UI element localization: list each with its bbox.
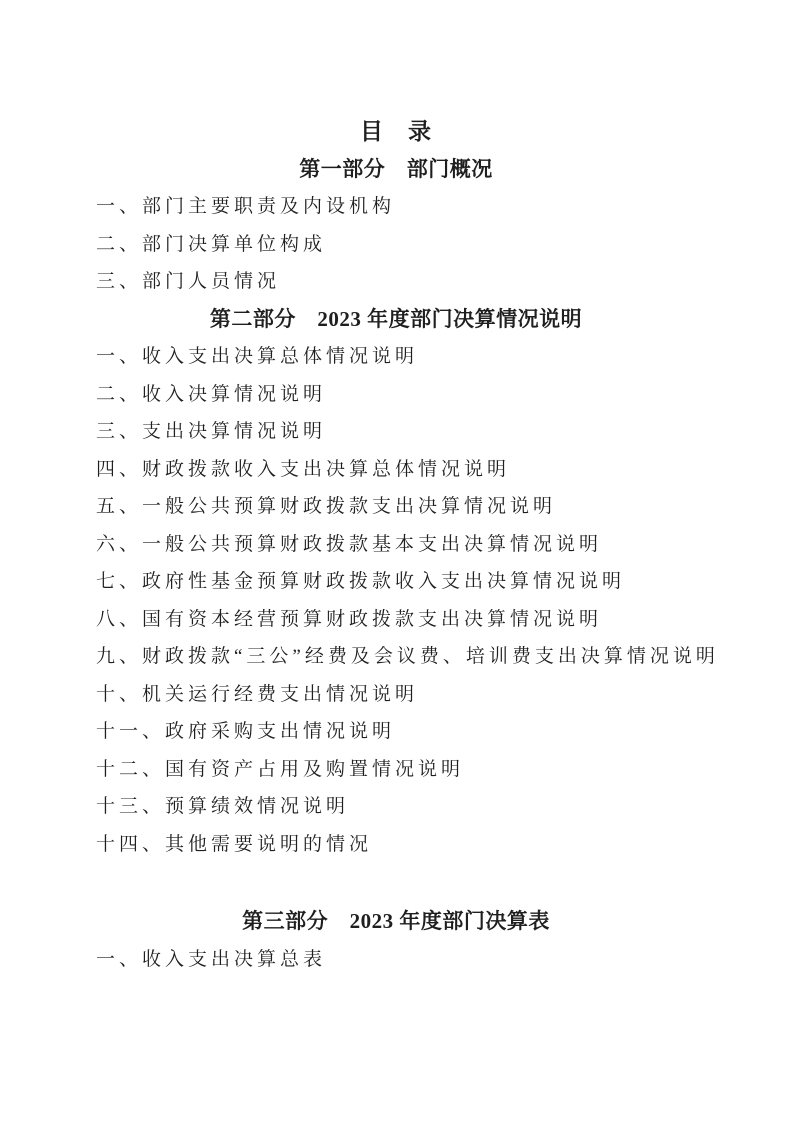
section-heading-3: 第三部分 2023 年度部门决算表 (96, 903, 696, 941)
toc-item: 三、部门人员情况 (96, 263, 696, 301)
toc-item: 八、国有资本经营预算财政拨款支出决算情况说明 (96, 601, 696, 639)
toc-item: 二、部门决算单位构成 (96, 226, 696, 264)
toc-item: 十一、政府采购支出情况说明 (96, 713, 696, 751)
toc-title: 目 录 (96, 113, 696, 151)
toc: 第一部分 部门概况一、部门主要职责及内设机构二、部门决算单位构成三、部门人员情况… (96, 151, 696, 979)
toc-item: 一、部门主要职责及内设机构 (96, 188, 696, 226)
section-heading-2: 第二部分 2023 年度部门决算情况说明 (96, 301, 696, 339)
toc-item: 四、财政拨款收入支出决算总体情况说明 (96, 451, 696, 489)
toc-item: 七、政府性基金预算财政拨款收入支出决算情况说明 (96, 563, 696, 601)
toc-item: 九、财政拨款“三公”经费及会议费、培训费支出决算情况说明 (96, 638, 696, 676)
toc-item: 二、收入决算情况说明 (96, 376, 696, 414)
toc-item: 三、支出决算情况说明 (96, 413, 696, 451)
toc-item: 一、收入支出决算总表 (96, 941, 696, 979)
document-page: 目 录 第一部分 部门概况一、部门主要职责及内设机构二、部门决算单位构成三、部门… (0, 0, 792, 1121)
toc-item: 一、收入支出决算总体情况说明 (96, 338, 696, 376)
toc-item: 十四、其他需要说明的情况 (96, 826, 696, 864)
toc-item: 十二、国有资产占用及购置情况说明 (96, 751, 696, 789)
toc-item: 十三、预算绩效情况说明 (96, 788, 696, 826)
section-heading-1: 第一部分 部门概况 (96, 151, 696, 189)
toc-item: 六、一般公共预算财政拨款基本支出决算情况说明 (96, 526, 696, 564)
toc-item: 五、一般公共预算财政拨款支出决算情况说明 (96, 488, 696, 526)
toc-item: 十、机关运行经费支出情况说明 (96, 676, 696, 714)
